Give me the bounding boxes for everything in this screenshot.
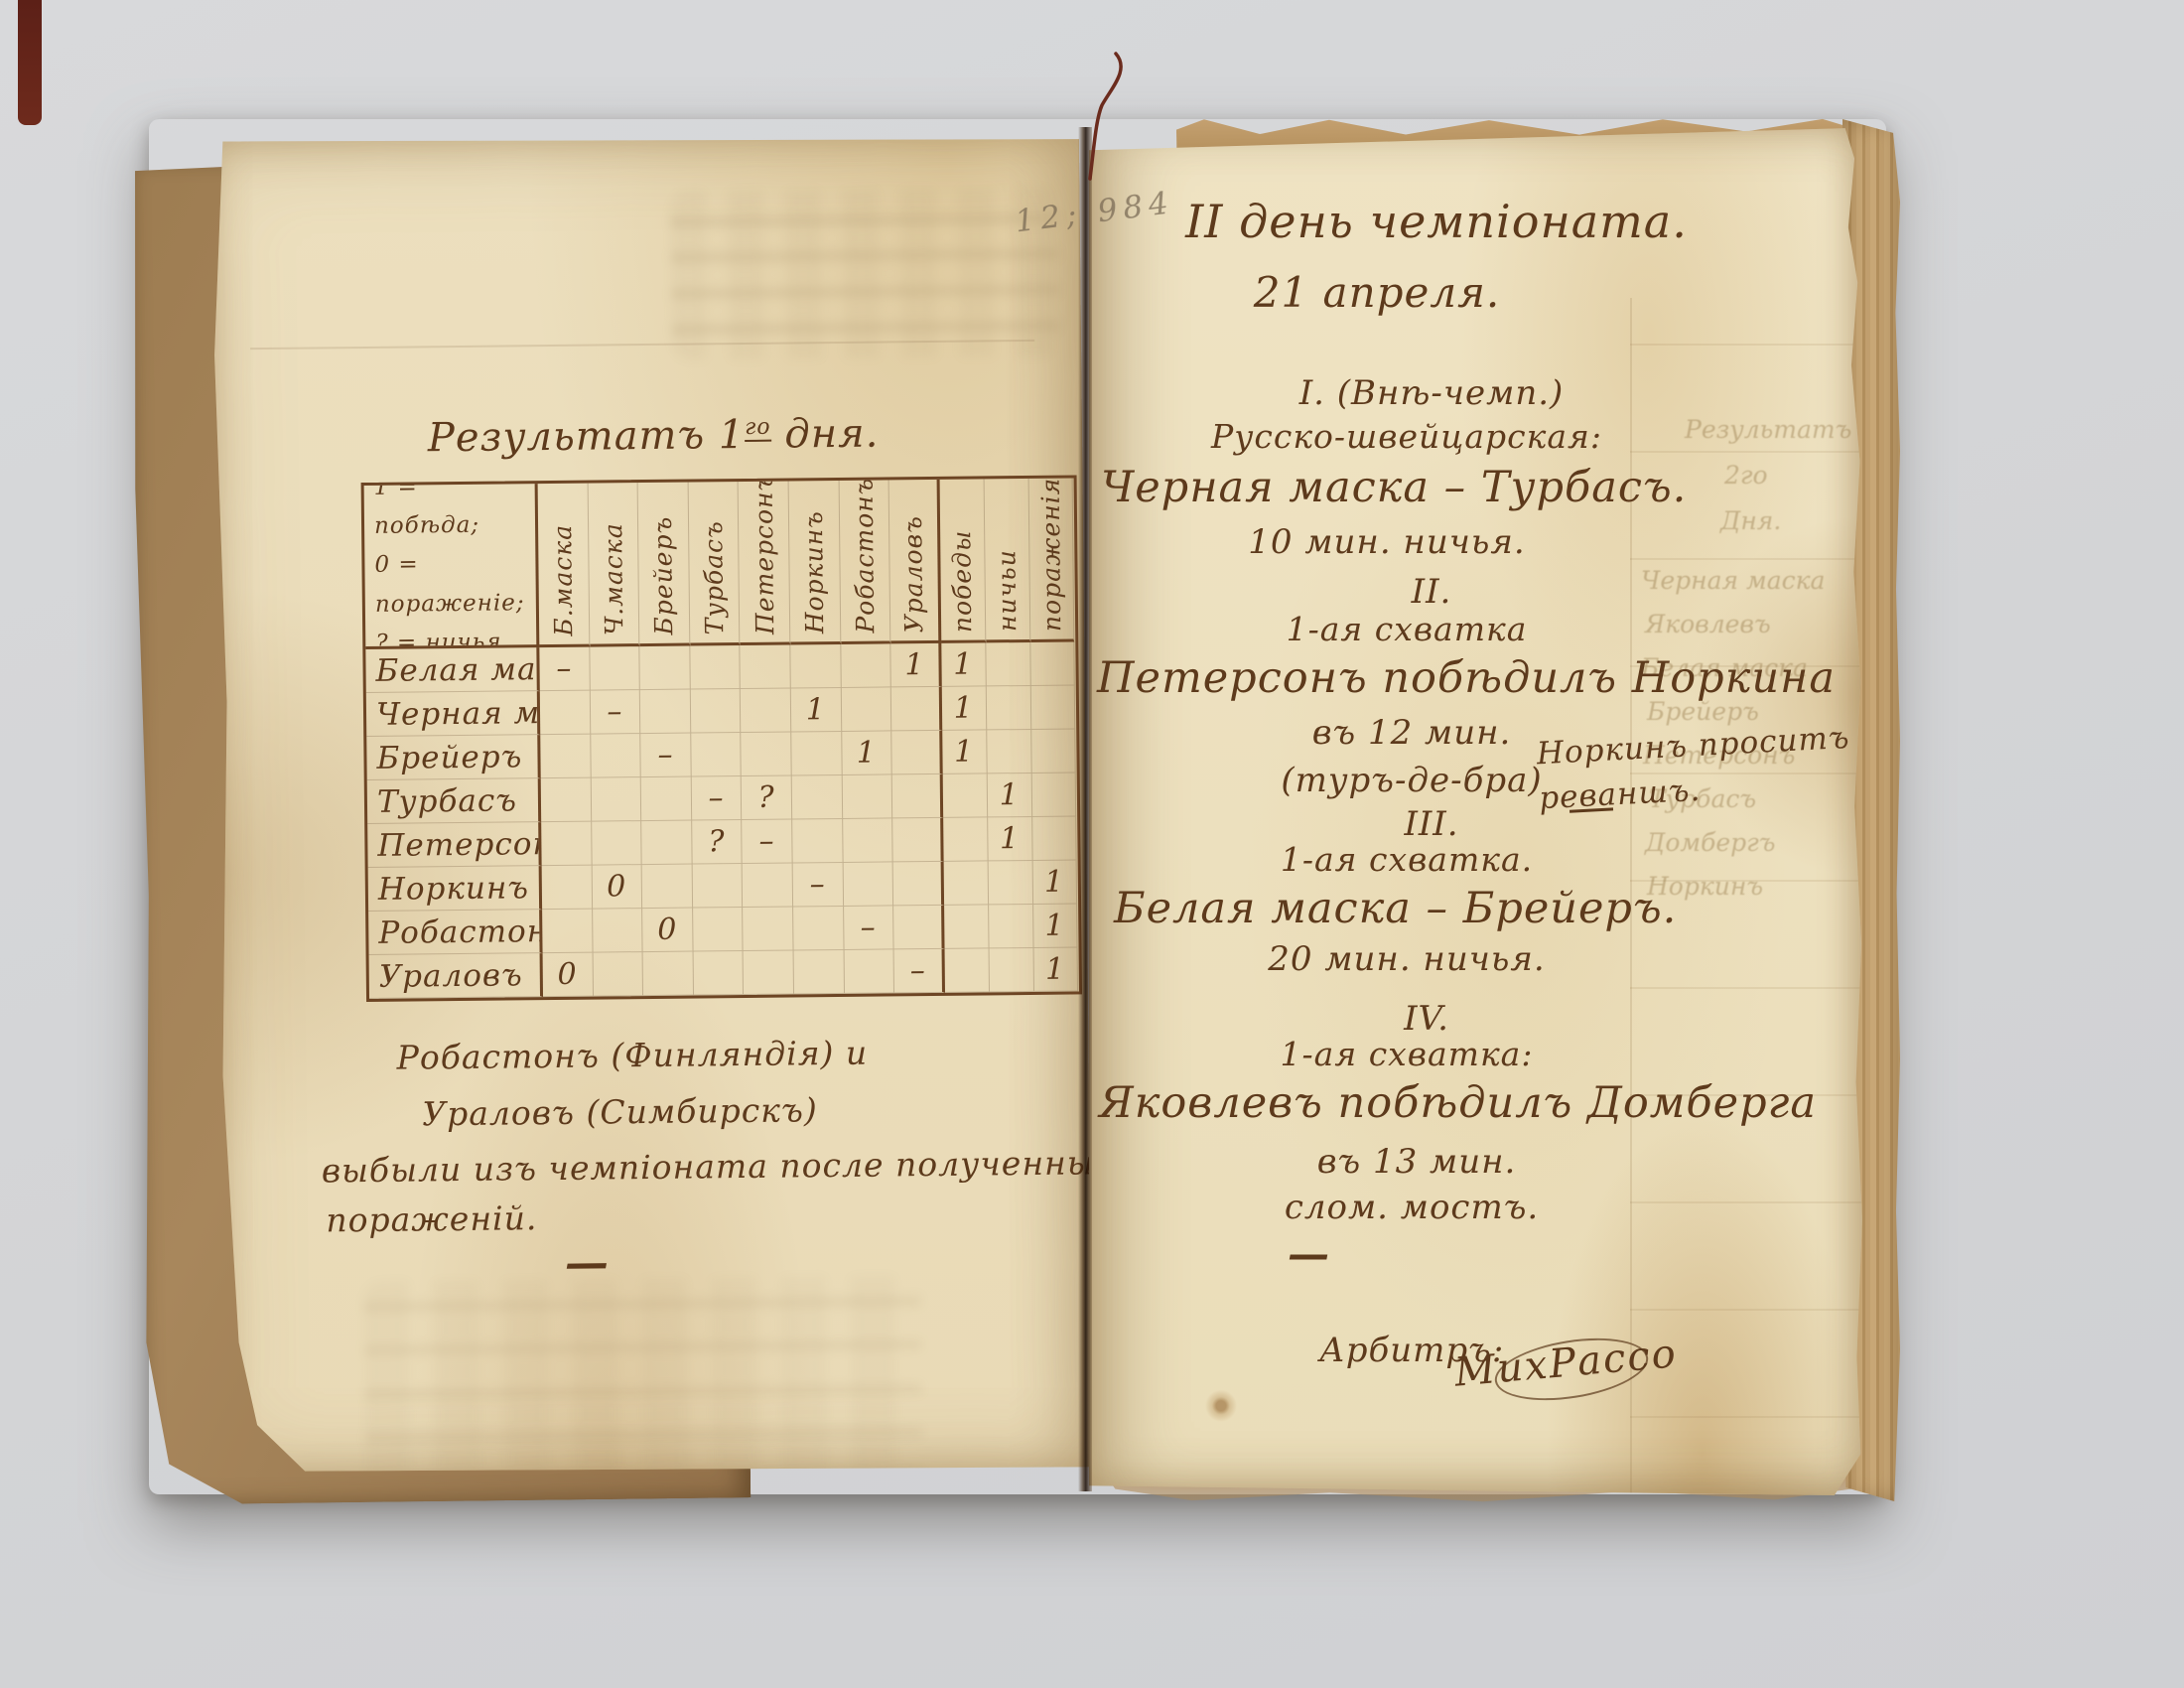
matrix-cell [742,732,792,776]
draws-cell [987,686,1031,730]
section-divider-dash: — [565,1237,611,1288]
player-name: Турбасъ [367,778,541,824]
matrix-cell [842,774,892,819]
column-header: Б.маска [538,484,590,648]
matrix-cell: 1 [791,688,842,733]
matrix-cell [891,687,942,732]
bout4-round: 1-ая схватка: [1238,1035,1575,1073]
column-header: Турбасъ [688,482,740,646]
notebook-photo: Результатъ 1го дня. 1 = побѣда; 0 = пора… [0,0,2184,1688]
ghost-text: Результатъ [1685,415,1851,444]
matrix-cell [641,821,692,866]
matrix-cell [540,691,591,736]
matrix-cell [744,950,794,995]
matrix-cell [691,733,742,777]
matrix-cell [690,645,741,690]
column-header: Ураловъ [889,480,941,644]
matrix-cell: – [793,863,844,908]
matrix-cell: ? [742,775,792,820]
elimination-note-line: Робастонъ (Финляндія) и [396,1034,868,1077]
matrix-cell [790,644,841,689]
matrix-cell [793,907,844,951]
matrix-cell [794,950,845,995]
right-page: Результатъ 2го Дня. Черная маска Яковлев… [1089,117,1865,1495]
bout4-duration: въ 13 мин. [1268,1142,1566,1182]
matrix-cell: – [894,949,945,994]
matrix-cell [843,862,893,907]
matrix-cell: – [743,819,793,864]
losses-cell [1031,729,1075,773]
matrix-cell [642,865,693,910]
wins-cell: 1 [941,642,986,686]
matrix-cell [693,908,744,952]
photo-edge-artifact [18,0,42,125]
matrix-cell [643,952,694,997]
player-name: Брейеръ [366,735,540,780]
matrix-cell [593,952,643,997]
matrix-cell: – [539,647,590,692]
ghost-text: 2го [1724,461,1768,490]
bout1-category: Русско-швейцарская: [1208,417,1605,456]
losses-cell: 1 [1032,860,1076,904]
player-name: Робастонъ [368,910,542,955]
losses-cell [1031,685,1075,729]
matrix-cell [542,866,593,911]
bout4-number: IV. [1278,999,1575,1039]
losses-cell [1031,773,1075,816]
date-heading: 21 апреля. [1149,268,1605,317]
matrix-cell [591,734,641,778]
matrix-cell [891,731,942,775]
bout3-round: 1-ая схватка. [1238,840,1575,879]
player-name: Белая маска [365,647,539,693]
bout1-result: 10 мин. ничья. [1228,522,1546,562]
book-gutter [1078,127,1092,1491]
player-name: Ураловъ [369,953,543,999]
matrix-cell: 0 [543,953,594,998]
column-header: Ч.маска [588,483,639,647]
matrix-cell: – [844,906,894,950]
matrix-cell: 1 [842,731,892,775]
player-name: Петерсонъ [367,822,541,868]
elimination-note-line: Ураловъ (Симбирскъ) [422,1090,818,1133]
column-header-wins: победы [939,479,986,642]
matrix-cell [542,910,593,954]
losses-cell: 1 [1033,947,1077,991]
matrix-cell [743,907,793,951]
page-title: Результатъ 1го дня. [405,410,901,461]
draws-cell [989,948,1033,992]
wins-cell [944,948,989,992]
bout2-number: II. [1283,572,1580,612]
matrix-cell: – [590,690,640,735]
column-header-losses: пораженія [1028,479,1074,642]
matrix-cell [541,778,592,823]
ghost-text: Домбергъ [1645,828,1775,857]
losses-cell [1032,816,1076,860]
matrix-cell [841,687,891,732]
matrix-cell [791,732,842,776]
matrix-cell [692,864,743,909]
bout3-number: III. [1283,804,1580,844]
section-divider-dash: — [1288,1229,1330,1278]
day-heading: II день чемпіоната. [1168,195,1705,248]
matrix-cell [741,644,791,689]
column-header: Робастонъ [839,480,890,644]
matrix-cell [892,774,943,819]
wins-cell [944,905,989,948]
bout2-technique: (туръ-де-бра) [1243,761,1580,800]
matrix-cell: – [691,776,742,821]
bleedthrough-smudge [671,188,1060,360]
losses-cell [1030,641,1074,685]
column-header: Петерсонъ [739,481,790,645]
matrix-cell [693,951,744,996]
binding-thread [1072,48,1152,187]
column-header: Брейеръ [638,483,690,647]
draws-cell: 1 [987,774,1031,817]
bout4-technique: слом. мостъ. [1253,1188,1570,1227]
wins-cell [943,861,988,905]
matrix-cell [792,775,843,820]
bout4-result-line: Яковлевъ побѣдилъ Домберга [1099,1078,1744,1128]
bout2-duration: въ 12 мин. [1263,713,1561,753]
player-name: Норкинъ [368,866,542,912]
matrix-cell [592,821,642,866]
bout3-result: 20 мин. ничья. [1248,939,1566,979]
matrix-cell: 0 [592,865,642,910]
matrix-cell [640,646,691,691]
bout1-number: I. (Внѣ-чемп.) [1233,373,1630,413]
matrix-cell: – [640,734,691,778]
matrix-cell [792,819,843,864]
matrix-cell [843,818,893,863]
draws-cell: 1 [988,817,1032,861]
elimination-note-line: пораженій. [326,1198,537,1239]
matrix-cell [541,822,592,867]
left-page: Результатъ 1го дня. 1 = побѣда; 0 = пора… [204,132,1093,1476]
matrix-cell [640,690,691,735]
wins-cell: 1 [942,730,987,774]
ghost-text: Дня. [1720,506,1781,535]
bout3-pair: Белая маска – Брейеръ. [1114,884,1690,933]
matrix-cell [591,777,641,822]
matrix-cell [691,689,742,734]
matrix-cell [540,735,591,779]
matrix-cell [841,643,891,688]
matrix-cell: ? [692,820,743,865]
wins-cell [943,817,988,861]
matrix-cell: 1 [890,643,941,688]
wins-cell: 1 [942,686,987,730]
draws-cell [989,905,1033,948]
table-legend: 1 = побѣда; 0 = пораженіе; ? = ничья. [364,484,540,649]
bout2-result-line: Петерсонъ побѣдилъ Норкина [1097,653,1732,703]
ghost-text: Черная маска [1641,566,1825,595]
superscript: го [745,414,771,441]
matrix-cell [593,909,643,953]
matrix-cell [844,949,894,994]
matrix-cell [641,777,692,822]
matrix-cell [892,818,943,863]
results-table: 1 = побѣда; 0 = пораженіе; ? = ничья. Б.… [361,475,1082,1002]
matrix-cell [741,688,791,733]
column-header: Норкинъ [789,481,841,645]
column-header-draws: ничьи [984,479,1030,642]
bout2-round: 1-ая схватка [1238,610,1575,648]
ghost-text: Яковлевъ [1645,610,1771,638]
wins-cell [942,774,987,817]
matrix-cell [893,906,944,950]
matrix-cell [590,646,640,691]
matrix-cell [743,863,793,908]
draws-cell [987,730,1031,774]
losses-cell: 1 [1033,904,1077,947]
draws-cell [986,642,1030,686]
matrix-cell [893,862,944,907]
signature-flourish [1490,1329,1652,1410]
elimination-note-line: выбыли изъ чемпіоната после полученныхъ [322,1143,1138,1191]
arbiter-signature: МихРассо [1454,1340,1673,1410]
player-name: Черная маска [366,691,540,737]
matrix-cell: 0 [642,909,693,953]
draws-cell [988,861,1032,905]
bout1-pair: Черная маска – Турбасъ. [1101,463,1677,512]
